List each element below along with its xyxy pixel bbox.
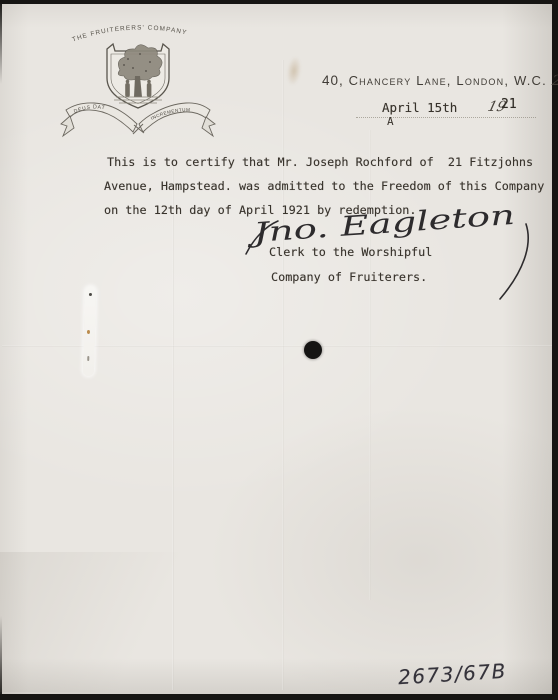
svg-text:THE FRUITERERS' COMPANY: THE FRUITERERS' COMPANY [71,24,188,43]
shield-icon [107,44,169,108]
signature-title-line1: Clerk to the Worshipful [269,245,432,259]
scanned-letter-page: THE FRUITERERS' COMPANY [0,0,558,700]
paper-stain [285,55,303,87]
signature-flourish-stroke [500,224,528,299]
letterhead-address: 40, Chancery Lane, London, W.C.2 [322,70,558,89]
typed-correction-letter: A [387,115,394,128]
paper-speck [87,330,90,334]
paper-speck [87,356,89,361]
motto-right-text: INCREMENTUM [150,107,190,121]
scan-edge-left [0,0,2,700]
scan-edge-bottom [0,694,558,700]
date-underline [356,117,536,118]
fruiterers-company-crest-icon: THE FRUITERERS' COMPANY [58,24,218,144]
typed-date: April 15th [382,100,457,115]
paper-speck [89,293,92,296]
typed-year-suffix: 21 [501,97,517,112]
body-line: Avenue, Hampstead. was admitted to the F… [104,175,544,199]
hole-punch-mark [304,341,322,359]
signature-name: Jno. Eagleton [245,200,516,250]
address-district-number: 2 [551,73,558,89]
scan-edge-right [552,0,558,700]
catalog-number: 2673/67B [397,659,507,690]
signature-title-line2: Company of Fruiterers. [271,270,427,284]
body-line: This is to certify that Mr. Joseph Rochf… [104,151,544,175]
scan-edge-top [0,0,558,4]
date-line: April 15th 19 21 A [356,96,538,130]
svg-text:INCREMENTUM: INCREMENTUM [150,107,190,121]
crest-arc-title: THE FRUITERERS' COMPANY [71,24,188,43]
paper-repair-mark [83,286,96,376]
fold-shading [0,552,270,692]
address-number: 40, [322,73,344,88]
fold-crease-vertical [172,160,174,690]
address-street: Chancery Lane, London, W.C. [344,73,547,88]
